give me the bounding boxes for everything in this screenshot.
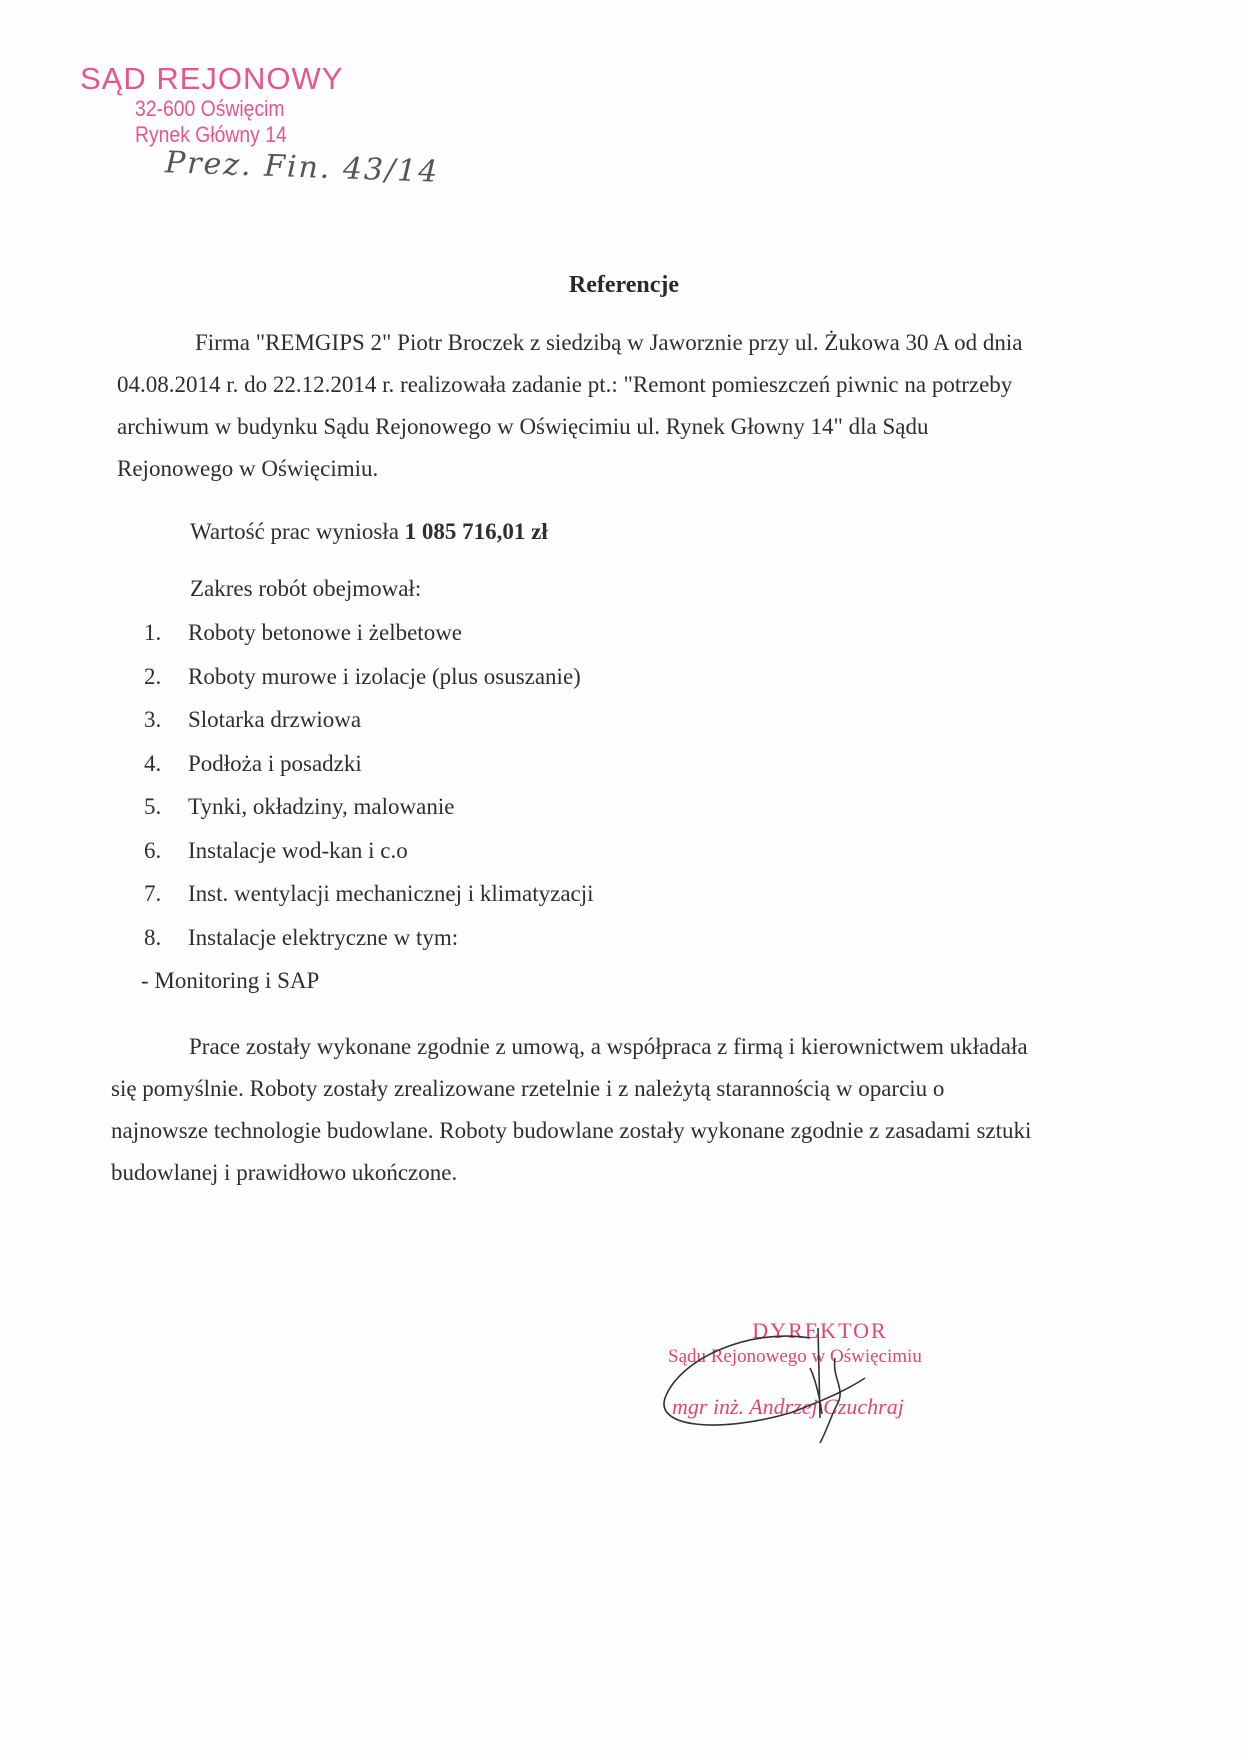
closing-paragraph: Prace zostały wykonane zgodnie z umową, … bbox=[111, 1026, 1031, 1194]
list-item: 5.Tynki, okładziny, malowanie bbox=[144, 786, 594, 830]
intro-line: archiwum w budynku Sądu Rejonowego w Ośw… bbox=[117, 406, 1022, 448]
document-page: SĄD REJONOWY 32-600 Oświęcim Rynek Główn… bbox=[0, 0, 1248, 1760]
handwritten-signature-icon bbox=[660, 1318, 980, 1458]
intro-line: Firma "REMGIPS 2" Piotr Broczek z siedzi… bbox=[117, 322, 1022, 364]
list-item: 8.Instalacje elektryczne w tym: bbox=[144, 917, 594, 961]
document-title: Referencje bbox=[0, 272, 1248, 299]
list-subitem: - Monitoring i SAP bbox=[141, 960, 594, 1004]
signature-block: DYREKTOR Sądu Rejonowego w Oświęcimiu mg… bbox=[660, 1318, 980, 1420]
list-item: 2.Roboty murowe i izolacje (plus osuszan… bbox=[144, 656, 594, 700]
value-amount: 1 085 716,01 zł bbox=[405, 519, 548, 544]
intro-paragraph: Firma "REMGIPS 2" Piotr Broczek z siedzi… bbox=[117, 322, 1022, 490]
list-item: 6.Instalacje wod-kan i c.o bbox=[144, 830, 594, 874]
list-item: 1.Roboty betonowe i żelbetowe bbox=[144, 612, 594, 656]
stamp-postal: 32-600 Oświęcim bbox=[135, 96, 318, 122]
list-item: 4.Podłoża i posadzki bbox=[144, 743, 594, 787]
scope-list: 1.Roboty betonowe i żelbetowe 2.Roboty m… bbox=[144, 612, 594, 1004]
intro-line: Rejonowego w Oświęcimiu. bbox=[117, 448, 1022, 490]
stamp-address: Rynek Główny 14 bbox=[135, 122, 318, 148]
list-item: 7.Inst. wentylacji mechanicznej i klimat… bbox=[144, 873, 594, 917]
scope-label: Zakres robót obejmował: bbox=[190, 568, 421, 610]
list-item: 3.Slotarka drzwiowa bbox=[144, 699, 594, 743]
stamp-title: SĄD REJONOWY bbox=[80, 62, 343, 96]
closing-line: się pomyślnie. Roboty zostały zrealizowa… bbox=[111, 1068, 1031, 1110]
intro-line: 04.08.2014 r. do 22.12.2014 r. realizowa… bbox=[117, 364, 1022, 406]
closing-line: Prace zostały wykonane zgodnie z umową, … bbox=[111, 1026, 1031, 1068]
court-stamp: SĄD REJONOWY 32-600 Oświęcim Rynek Główn… bbox=[80, 62, 343, 148]
closing-line: budowlanej i prawidłowo ukończone. bbox=[111, 1152, 1031, 1194]
contract-value: Wartość prac wyniosła 1 085 716,01 zł bbox=[190, 511, 548, 553]
closing-line: najnowsze technologie budowlane. Roboty … bbox=[111, 1110, 1031, 1152]
value-label: Wartość prac wyniosła bbox=[190, 519, 405, 544]
handwritten-reference: Prez. Fin. 43/14 bbox=[164, 145, 439, 190]
